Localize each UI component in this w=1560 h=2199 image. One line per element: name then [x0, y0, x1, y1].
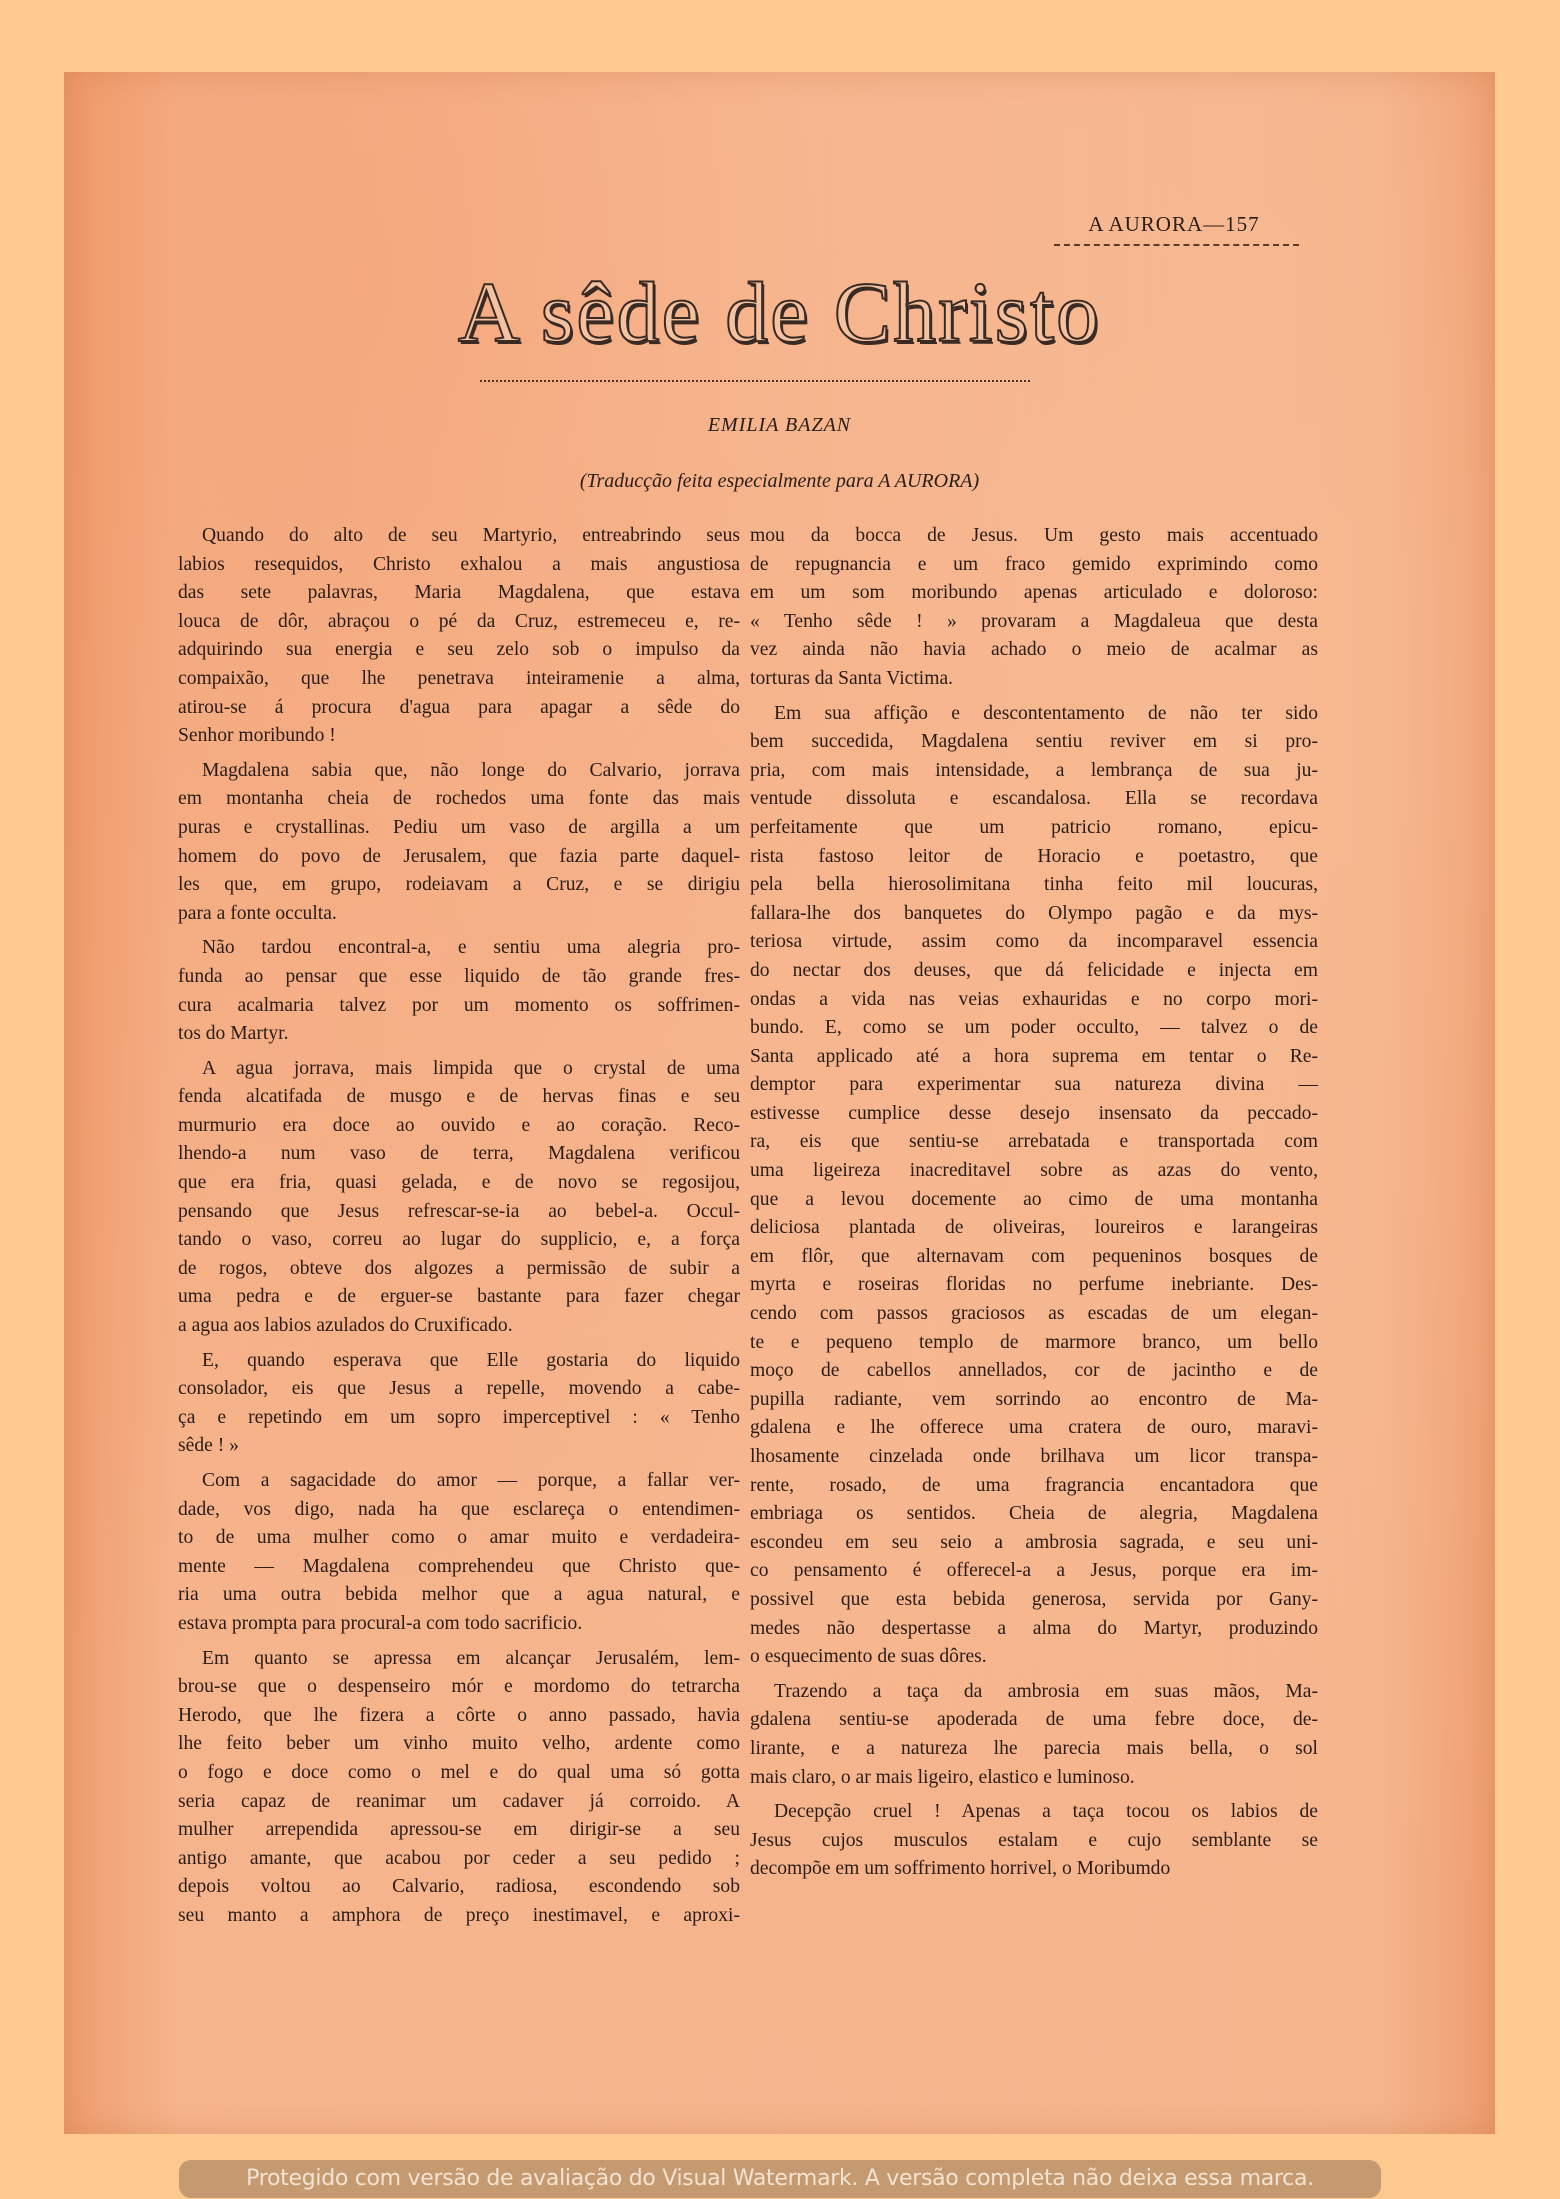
- text-line: Trazendo a taça da ambrosia em suas mãos…: [750, 1678, 1318, 1707]
- text-line: demptor para experimentar sua natureza d…: [750, 1071, 1318, 1100]
- text-line: A agua jorrava, mais limpida que o cryst…: [178, 1055, 740, 1084]
- text-line: Quando do alto de seu Martyrio, entreabr…: [178, 522, 740, 551]
- text-line: estava prompta para procural-a com todo …: [178, 1610, 740, 1639]
- text-line: pensando que Jesus refrescar-se-ia ao be…: [178, 1198, 740, 1227]
- text-line: o esquecimento de suas dôres.: [750, 1643, 1318, 1672]
- text-line: mou da bocca de Jesus. Um gesto mais acc…: [750, 522, 1318, 551]
- text-line: ventude dissoluta e escandalosa. Ella se…: [750, 785, 1318, 814]
- text-line: les que, em grupo, rodeiavam a Cruz, e s…: [178, 871, 740, 900]
- text-line: o fogo e doce como o mel e do qual uma s…: [178, 1759, 740, 1788]
- text-line: E, quando esperava que Elle gostaria do …: [178, 1347, 740, 1376]
- text-line: Senhor moribundo !: [178, 722, 740, 751]
- text-line: to de uma mulher como o amar muito e ver…: [178, 1524, 740, 1553]
- text-line: decompõe em um soffrimento horrivel, o M…: [750, 1855, 1318, 1884]
- text-line: puras e crystallinas. Pediu um vaso de a…: [178, 814, 740, 843]
- text-line: que era fria, quasi gelada, e de novo se…: [178, 1169, 740, 1198]
- text-line: adquirindo sua energia e seu zelo sob o …: [178, 636, 740, 665]
- text-line: tos do Martyr.: [178, 1020, 740, 1049]
- text-line: funda ao pensar que esse liquido de tão …: [178, 963, 740, 992]
- text-line: ra, eis que sentiu-se arrebatada e trans…: [750, 1128, 1318, 1157]
- paragraph: E, quando esperava que Elle gostaria do …: [178, 1347, 740, 1461]
- paragraph: Em sua affição e descontentamento de não…: [750, 700, 1318, 1672]
- text-line: que a levou docemente ao cimo de uma mon…: [750, 1186, 1318, 1215]
- text-line: depois voltou ao Calvario, radiosa, esco…: [178, 1873, 740, 1902]
- text-line: fallara-lhe dos banquetes do Olympo pagã…: [750, 900, 1318, 929]
- text-line: bundo. E, como se um poder occulto, — ta…: [750, 1014, 1318, 1043]
- text-line: moço de cabellos annellados, cor de jaci…: [750, 1357, 1318, 1386]
- text-line: atirou-se á procura d'agua para apagar a…: [178, 694, 740, 723]
- article-author: EMILIA BAZAN: [64, 414, 1495, 437]
- text-line: uma ligeireza inacreditavel sobre as aza…: [750, 1157, 1318, 1186]
- text-line: para a fonte occulta.: [178, 900, 740, 929]
- text-line: lhosamente cinzelada onde brilhava um li…: [750, 1443, 1318, 1472]
- text-line: dade, vos digo, nada ha que esclareça o …: [178, 1496, 740, 1525]
- text-line: torturas da Santa Victima.: [750, 665, 1318, 694]
- text-line: antigo amante, que acabou por ceder a se…: [178, 1845, 740, 1874]
- text-line: murmurio era doce ao ouvido e ao coração…: [178, 1112, 740, 1141]
- text-line: seu manto a amphora de preço inestimavel…: [178, 1902, 740, 1931]
- text-line: gdalena e lhe offerece uma cratera de ou…: [750, 1414, 1318, 1443]
- text-line: gdalena sentiu-se apoderada de uma febre…: [750, 1706, 1318, 1735]
- text-line: rente, rosado, de uma fragrancia encanta…: [750, 1472, 1318, 1501]
- paragraph: Magdalena sabia que, não longe do Calvar…: [178, 757, 740, 929]
- text-line: Em quanto se apressa em alcançar Jerusal…: [178, 1645, 740, 1674]
- text-line: bem succedida, Magdalena sentiu reviver …: [750, 728, 1318, 757]
- text-line: Herodo, que lhe fizera a côrte o anno pa…: [178, 1702, 740, 1731]
- text-line: das sete palavras, Maria Magdalena, que …: [178, 579, 740, 608]
- paragraph: Trazendo a taça da ambrosia em suas mãos…: [750, 1678, 1318, 1792]
- article-subtitle: (Traducção feita especialmente para A AU…: [64, 470, 1495, 493]
- text-line: te e pequeno templo de marmore branco, u…: [750, 1329, 1318, 1358]
- text-line: possivel que esta bebida generosa, servi…: [750, 1586, 1318, 1615]
- paragraph: Quando do alto de seu Martyrio, entreabr…: [178, 522, 740, 751]
- text-line: pria, com mais intensidade, a lembrança …: [750, 757, 1318, 786]
- text-line: teriosa virtude, assim como da incompara…: [750, 928, 1318, 957]
- text-line: a agua aos labios azulados do Cruxificad…: [178, 1312, 740, 1341]
- paragraph: Não tardou encontral-a, e sentiu uma ale…: [178, 934, 740, 1048]
- text-line: perfeitamente que um patricio romano, ep…: [750, 814, 1318, 843]
- text-line: do nectar dos deuses, que dá felicidade …: [750, 957, 1318, 986]
- paragraph: mou da bocca de Jesus. Um gesto mais acc…: [750, 522, 1318, 694]
- text-line: Não tardou encontral-a, e sentiu uma ale…: [178, 934, 740, 963]
- text-line: compaixão, que lhe penetrava inteirameni…: [178, 665, 740, 694]
- text-line: escondeu em seu seio a ambrosia sagrada,…: [750, 1529, 1318, 1558]
- text-line: homem do povo de Jerusalem, que fazia pa…: [178, 843, 740, 872]
- text-line: de rogos, obteve dos algozes a permissão…: [178, 1255, 740, 1284]
- right-column: mou da bocca de Jesus. Um gesto mais acc…: [750, 522, 1318, 1890]
- text-line: lhe feito beber um vinho muito velho, ar…: [178, 1730, 740, 1759]
- text-line: Com a sagacidade do amor — porque, a fal…: [178, 1467, 740, 1496]
- scanned-page: A AURORA—157 A sêde de Christo EMILIA BA…: [64, 72, 1495, 2134]
- text-line: louca de dôr, abraçou o pé da Cruz, estr…: [178, 608, 740, 637]
- title-divider: [480, 380, 1030, 382]
- text-line: ça e repetindo em um sopro imperceptivel…: [178, 1404, 740, 1433]
- text-line: Jesus cujos musculos estalam e cujo semb…: [750, 1827, 1318, 1856]
- left-column: Quando do alto de seu Martyrio, entreabr…: [178, 522, 740, 1937]
- text-line: ria uma outra bebida melhor que a agua n…: [178, 1581, 740, 1610]
- text-line: Em sua affição e descontentamento de não…: [750, 700, 1318, 729]
- text-line: uma pedra e de erguer-se bastante para f…: [178, 1283, 740, 1312]
- text-line: lirante, e a natureza lhe parecia mais b…: [750, 1735, 1318, 1764]
- text-line: Santa applicado até a hora suprema em te…: [750, 1043, 1318, 1072]
- text-line: sêde ! »: [178, 1432, 740, 1461]
- paragraph: Em quanto se apressa em alcançar Jerusal…: [178, 1645, 740, 1931]
- text-line: pupilla radiante, vem sorrindo ao encont…: [750, 1386, 1318, 1415]
- running-head-rule: [1054, 244, 1299, 246]
- text-line: Magdalena sabia que, não longe do Calvar…: [178, 757, 740, 786]
- article-title: A sêde de Christo: [64, 262, 1495, 362]
- text-line: vez ainda não havia achado o meio de aca…: [750, 636, 1318, 665]
- paragraph: A agua jorrava, mais limpida que o cryst…: [178, 1055, 740, 1341]
- text-line: Decepção cruel ! Apenas a taça tocou os …: [750, 1798, 1318, 1827]
- text-line: pela bella hierosolimitana tinha feito m…: [750, 871, 1318, 900]
- text-line: de repugnancia e um fraco gemido exprimi…: [750, 551, 1318, 580]
- text-line: consolador, eis que Jesus a repelle, mov…: [178, 1375, 740, 1404]
- text-line: « Tenho sêde ! » provaram a Magdaleua qu…: [750, 608, 1318, 637]
- text-line: fenda alcatifada de musgo e de hervas fi…: [178, 1083, 740, 1112]
- text-line: co pensamento é offerecel-a a Jesus, por…: [750, 1557, 1318, 1586]
- text-line: mulher arrependida apressou-se em dirigi…: [178, 1816, 740, 1845]
- text-line: cura acalmaria talvez por um momento os …: [178, 992, 740, 1021]
- text-line: em montanha cheia de rochedos uma fonte …: [178, 785, 740, 814]
- text-line: mente — Magdalena comprehendeu que Chris…: [178, 1553, 740, 1582]
- running-head: A AURORA—157: [1054, 212, 1294, 237]
- text-line: seria capaz de reanimar um cadaver já co…: [178, 1788, 740, 1817]
- text-line: em um som moribundo apenas articulado e …: [750, 579, 1318, 608]
- text-line: lhendo-a num vaso de terra, Magdalena ve…: [178, 1140, 740, 1169]
- text-line: estivesse cumplice desse desejo insensat…: [750, 1100, 1318, 1129]
- text-line: embriaga os sentidos. Cheia de alegria, …: [750, 1500, 1318, 1529]
- paragraph: Com a sagacidade do amor — porque, a fal…: [178, 1467, 740, 1639]
- text-line: cendo com passos graciosos as escadas de…: [750, 1300, 1318, 1329]
- text-line: myrta e roseiras floridas no perfume ine…: [750, 1271, 1318, 1300]
- text-line: tando o vaso, correu ao lugar do supplic…: [178, 1226, 740, 1255]
- text-line: mais claro, o ar mais ligeiro, elastico …: [750, 1764, 1318, 1793]
- text-line: ondas a vida nas veias exhauridas e no c…: [750, 986, 1318, 1015]
- text-line: deliciosa plantada de oliveiras, loureir…: [750, 1214, 1318, 1243]
- text-line: labios resequidos, Christo exhalou a mai…: [178, 551, 740, 580]
- text-line: em flôr, que alternavam com pequeninos b…: [750, 1243, 1318, 1272]
- text-line: medes não despertasse a alma do Martyr, …: [750, 1615, 1318, 1644]
- text-line: rista fastoso leitor de Horacio e poetas…: [750, 843, 1318, 872]
- paragraph: Decepção cruel ! Apenas a taça tocou os …: [750, 1798, 1318, 1884]
- text-line: brou-se que o despenseiro mór e mordomo …: [178, 1673, 740, 1702]
- watermark-banner: Protegido com versão de avaliação do Vis…: [179, 2160, 1381, 2198]
